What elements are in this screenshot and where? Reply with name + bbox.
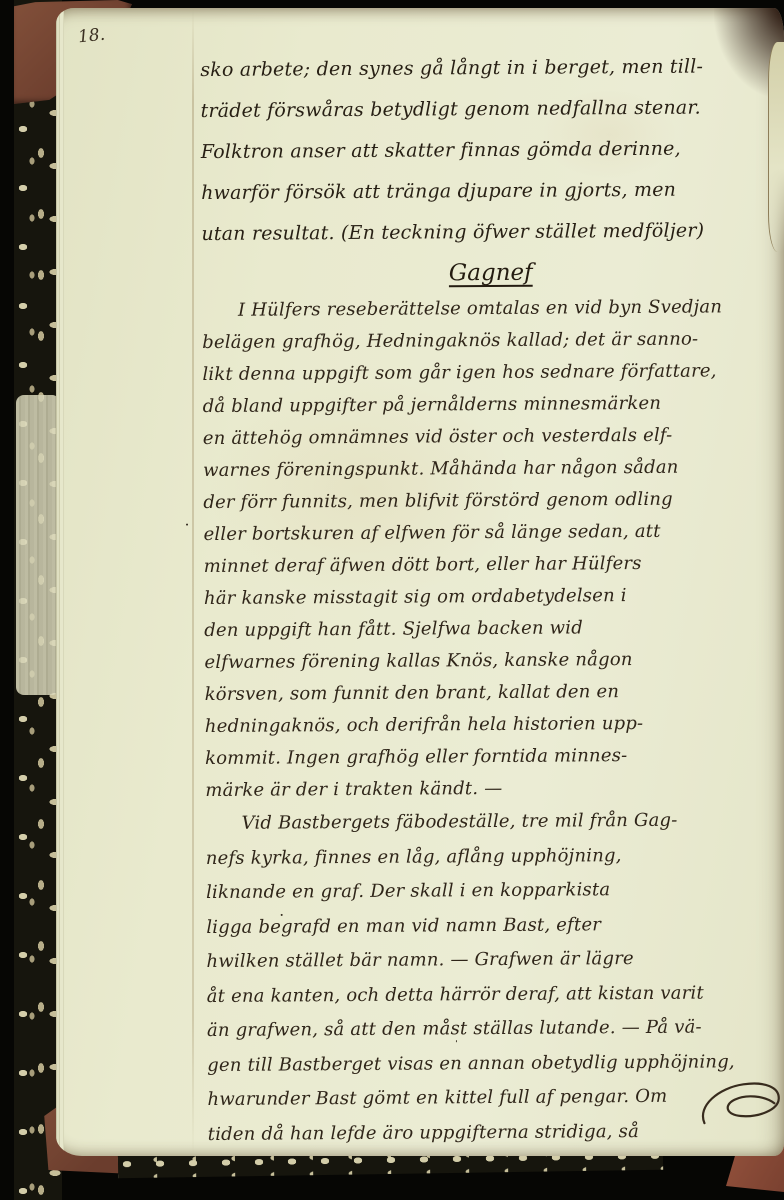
text-line: der förr funnits, men blifvit förstörd g… — [203, 483, 781, 519]
text-line: utan resultat. (En teckning öfwer ställe… — [201, 210, 779, 255]
text-line: hwarför försök att tränga djupare in gjo… — [201, 169, 779, 214]
text-line: den uppgift han fått. Sjelfwa backen wid — [204, 611, 782, 647]
text-line: ligga begrafd en man vid namn Bast, efte… — [206, 906, 784, 945]
text-line: nefs kyrka, finnes en låg, aflång upphöj… — [206, 837, 784, 876]
continuation-paragraph: sko arbete; den synes gå långt in i berg… — [200, 46, 779, 255]
text-line: än grafwen, så att den måst ställas luta… — [207, 1010, 784, 1049]
text-line: belägen grafhög, Hedningaknös kallad; de… — [202, 323, 780, 359]
text-line: elfwarnes förening kallas Knös, kanske n… — [204, 643, 782, 679]
text-line: hwilken stället bär namn. — Grafwen är l… — [206, 941, 784, 980]
text-line: trädet förswåras betydligt genom nedfall… — [200, 87, 778, 132]
text-line: en ättehög omnämnes vid öster och vester… — [203, 419, 781, 455]
text-line: liknande en graf. Der skall i en koppark… — [206, 872, 784, 911]
text-line: körsven, som funnit den brant, kallat de… — [205, 675, 783, 711]
book-photo: 18. sko arbete; den synes gå långt in i … — [0, 0, 784, 1200]
section-heading: Gagnef — [202, 251, 780, 295]
text-line: sko arbete; den synes gå långt in i berg… — [200, 46, 778, 91]
text-line: kommit. Ingen grafhög eller forntida min… — [205, 739, 783, 775]
text-line: Folktron anser att skatter finnas gömda … — [201, 128, 779, 173]
text-line: likt denna uppgift som går igen hos sedn… — [202, 355, 780, 391]
manuscript-page: 18. sko arbete; den synes gå långt in i … — [56, 8, 784, 1156]
text-line: I Hülfers reseberättelse omtalas en vid … — [202, 291, 780, 327]
marbled-cover-worn-patch — [16, 395, 60, 695]
text-line: eller bortskuren af elfwen för så länge … — [203, 515, 781, 551]
text-line: här kanske misstagit sig om ordabetydels… — [204, 579, 782, 615]
text-line: hedningaknös, och derifrån hela historie… — [205, 707, 783, 743]
manuscript-text: sko arbete; den synes gå långt in i berg… — [200, 46, 784, 1152]
text-line: åt ena kanten, och detta härrör deraf, a… — [207, 975, 784, 1014]
text-line: märke är der i trakten kändt. — — [205, 771, 783, 807]
text-line: då bland uppgifter på jernålderns minnes… — [203, 387, 781, 423]
pen-flourish-icon — [694, 1076, 784, 1130]
page-crease-line — [192, 8, 194, 1156]
text-line: warnes föreningspunkt. Måhända har någon… — [203, 451, 781, 487]
page-number: 18. — [77, 25, 106, 48]
text-line: minnet deraf äfwen dött bort, eller har … — [204, 547, 782, 583]
gagnef-paragraph: I Hülfers reseberättelse omtalas en vid … — [202, 291, 784, 807]
page-edge-stack — [56, 8, 72, 1156]
text-line: Vid Bastbergets fäbodeställe, tre mil fr… — [205, 803, 783, 842]
